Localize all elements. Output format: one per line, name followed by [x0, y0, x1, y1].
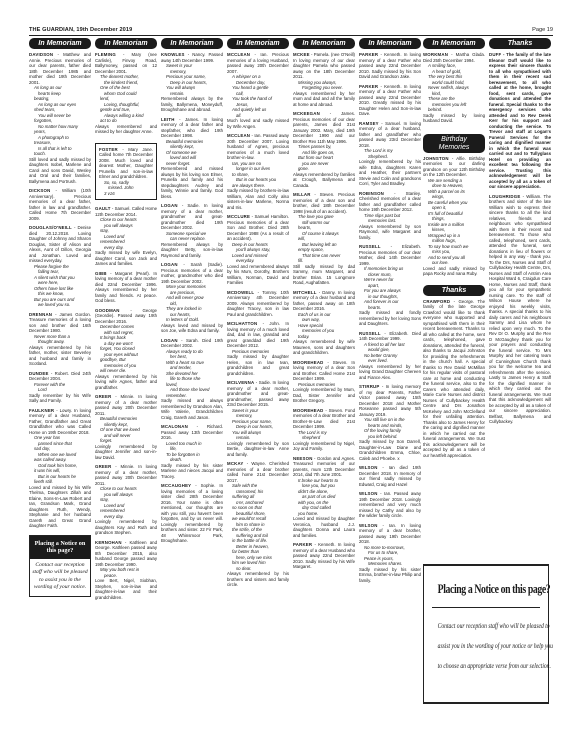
placing-notice-body: Contact our reception staff who will be …: [30, 559, 90, 596]
notice-closing: Much loved and sadly missed by Wife Ange…: [227, 118, 289, 129]
notice: FLEMING - Mary (nee Carlisle), Finvoy Ro…: [95, 52, 157, 135]
page-number: Page 19: [532, 27, 553, 33]
notice-text: LOGAN - Sadie. In loving memory of a dea…: [161, 203, 223, 231]
notice: NEESON - Gordon and Agnes. Treasured mem…: [293, 456, 355, 539]
notice-name: WILSON: [359, 491, 378, 496]
notice-text: FAULKNER - Lowry. In loving memory of a …: [29, 408, 91, 436]
notice-body: - The family of the late Eleanor Duff wo…: [489, 52, 551, 189]
placing-notice-line-3: to choose an appropriate verse from our …: [438, 656, 535, 676]
notice: MOOREHEAD - Steven. Fond memories of a d…: [293, 408, 355, 452]
notice-body: - Denise died 20.12.2018. Loving Daughte…: [29, 225, 91, 263]
notice-verse: Safe with theransomed, hissuffering allo…: [227, 483, 289, 571]
notice-closing: Always remembered by her loving Grand Da…: [359, 364, 421, 381]
notice: DAVIDSON - Matthew and Annie. Precious m…: [29, 52, 91, 184]
notice-text: CRAWFORD - George. The family of the lat…: [423, 299, 485, 459]
notice-text: MCCLURE - Samuel Hamilton. Precious memo…: [227, 214, 289, 242]
notice: LOGAN - Sadie. In loving memory of a dea…: [161, 203, 223, 258]
notice-name: FOSTER: [99, 147, 118, 152]
notice-closing: Sadly missed by his sister Marlene and n…: [161, 463, 223, 480]
placing-notice-ad: Placing a Notice on this page? Contact o…: [423, 564, 549, 704]
notice-text: MILLAR - Steven. Precious memories of a …: [293, 192, 355, 214]
notice-text: GAULT - Samuel. Called Home 12th Decembe…: [95, 206, 157, 217]
notice-text: WILSON - Ian died 19th December 2018. In…: [359, 465, 421, 487]
column-7: In MemoriamWORKMAN - Martha Glada. Died …: [423, 38, 485, 462]
notice-text: MCALONAN - Richard. Passed away 13th Dec…: [161, 424, 223, 441]
notice-text: KNOWLES - Nancy. Passed away 14th Decemb…: [161, 52, 223, 63]
notice: MCALONAN - Richard. Passed away 13th Dec…: [161, 424, 223, 479]
notice-closing: Lovingly remembered by Nigel, Joy and Fa…: [293, 441, 355, 452]
notice-verse: Close to our heartsyou will alwaysstay,L…: [95, 486, 157, 519]
notice: MOOREHEAD - Steven. In loving memory of …: [293, 360, 355, 404]
notice-text: GIBB - Margaret (Pearl). In loving memor…: [95, 271, 157, 304]
notice-verse: Loved too much inlife,To be forgotten in…: [161, 441, 223, 463]
notice-verse: Missing you always,Forgetting you never.: [293, 80, 355, 91]
notice: LEITH - James. In loving memory of a dea…: [161, 117, 223, 200]
notice-closing: Sadly missed and always remembered by Gr…: [161, 398, 223, 420]
notice-closing: Always remembered by families at Crough,…: [293, 172, 355, 189]
notice: ROBINSON - Stanley. Cherished memories o…: [359, 191, 421, 241]
in-memoriam-header: In Memoriam: [95, 38, 157, 49]
notice-text: MCCAUGHEY - Sophie. In loving memories o…: [161, 483, 223, 544]
notice-text: DRENNAN - James Gordon. Treasure memorie…: [29, 312, 91, 334]
notice: DICKSON - William (10th Anniversary). Pr…: [29, 188, 91, 221]
notice-text: PARKER - Kenneth. In loving memory of a …: [293, 542, 355, 570]
notice-closing: Lovingly remembered by his wife Edna, da…: [359, 159, 421, 187]
notice-verse: Forever with theLord: [29, 382, 91, 393]
thanks-header: Thanks: [423, 285, 485, 296]
notice: RUSSELL - Elizabeth. Died 14th December …: [359, 331, 421, 381]
notice-name: MCKAY: [227, 461, 244, 466]
notice-name: KNOWLES: [161, 52, 185, 57]
notice-body: - William. The brothers and sister of th…: [489, 194, 551, 425]
notice-name: WILSON: [359, 465, 378, 470]
notice-name: LOUGHRIDGE: [489, 194, 520, 199]
notice: MCCAUGHEY - Sophie. In loving memories o…: [161, 483, 223, 544]
notice-closing: Sadly missed and fondly remembered by he…: [359, 310, 421, 327]
placing-notice-line-1: Contact our reception staff who will be …: [438, 616, 535, 636]
notice: DOUGLAS/O'NEILL - Denise died 20.12.2018…: [29, 225, 91, 308]
notice-name: NEESON: [293, 456, 313, 461]
notice-name: LOGAN: [161, 203, 178, 208]
notice-body: - James. Precious memories of our dear p…: [293, 111, 355, 144]
notice: GOODMAN - George (Geordie). Passed away …: [95, 308, 157, 391]
birthday-header-line-2: Memories: [423, 144, 485, 152]
notice-text: MITCHELL - Danny. In loving memory of a …: [293, 290, 355, 312]
notice-closing: Always remembered by his father, mother,…: [29, 345, 91, 367]
notice: LOGAN - Sarah. Died 19th December 2002.A…: [161, 338, 223, 421]
notice-verse: The Lord is myShepherd.: [359, 148, 421, 159]
notice-text: MCKEE - Pamela. (nee O'Neill) In loving …: [293, 52, 355, 80]
notice: MCKAY - Wayne. Cherished memories of a d…: [227, 461, 289, 588]
notice: WILSON - Ian died 19th December 2018. In…: [359, 465, 421, 487]
notice-name: LEITH: [161, 117, 175, 122]
notice-text: ROBINSON - Stanley. Cherished memories o…: [359, 191, 421, 213]
notice: PARKER - Kenneth. In loving memory of a …: [359, 84, 421, 117]
notice-name: ROBINSON: [359, 191, 384, 196]
notice-name: STIRRUP: [359, 384, 379, 389]
notice-verse: So, so, sadlymissed. John3 v16: [99, 180, 153, 197]
notice-body: - Sophie. In loving memories of a loving…: [161, 483, 223, 543]
notice-name: MCDOWELL: [227, 290, 254, 295]
notice-verse: Never more than athought away.: [29, 334, 91, 345]
notice-verse: Beautiful memoriessilently kept,Of someo…: [161, 139, 223, 167]
notice-name: MCKEEGAN: [293, 111, 320, 116]
in-memoriam-header: In Memoriam: [423, 38, 485, 49]
notice-text: NEESON - Gordon and Agnes. Treasured mem…: [293, 456, 355, 478]
notice-verse: The Lord is myshepherd: [293, 430, 355, 441]
notice-closing: Sadly missed by brothers-in-law William,…: [227, 188, 289, 210]
notice-name: GREER: [95, 394, 111, 399]
notice-text: GREER - Minnie. In loving memory of a de…: [95, 394, 157, 416]
notice: PARKER - Kenneth. In loving memory of a …: [293, 542, 355, 570]
notice-verse: Close to our heartsyou will alwaysstay,L…: [95, 217, 157, 250]
notice-name: DAVIDSON: [29, 52, 53, 57]
notice-closing: Sadly missed by daughter Helen, son in l…: [227, 354, 289, 376]
notice-closing: Always remembered by his loving wife Agn…: [95, 374, 157, 391]
notice-text: MCILHATTON - John. In loving memory of a…: [227, 321, 289, 349]
notice-body: - Margaret (Pearl). In loving memory of …: [95, 271, 157, 304]
notice-text: FOSTER - Mary Jane. Called home 7th Dece…: [99, 147, 153, 180]
column-3: In MemoriamKNOWLES - Nancy. Passed away …: [161, 38, 223, 548]
column-6: In MemoriamPARKER - Kenneth. In loving m…: [359, 38, 421, 587]
notice: MCKEEGAN - James. Precious memories of o…: [293, 111, 355, 188]
notice-verse: Times passes by,And life goes on,But fro…: [293, 144, 355, 172]
notice-closing: Loved and missed by daughter Veronica, h…: [293, 516, 355, 538]
notice-name: GREER: [95, 464, 111, 469]
notice-verse: As long as ourhearts keepbeating,As long…: [29, 85, 91, 157]
notice: LOGAN - Sarah (Sadie). Precious memories…: [161, 262, 223, 334]
notice-name: JOHNSTON: [423, 156, 449, 161]
notice-verse: Someone special wecan never replace.: [161, 231, 223, 242]
notice: KERNOHAN - Kathleen and George. Kathleen…: [95, 540, 157, 601]
notice-closing: Loved and sadly missed by papa Rocky and…: [423, 266, 485, 277]
notice-text: JOHNSTON - Alfie. Birthday memories to o…: [423, 156, 485, 178]
notice-closing: Lovingly remembered by Mum, Dad, Sister …: [293, 387, 355, 404]
in-memoriam-header: In Memoriam: [359, 38, 421, 49]
notice-text: MOOREHEAD - Steven. In loving memory of …: [293, 360, 355, 382]
notice: GAULT - Samuel. Called Home 12th Decembe…: [95, 206, 157, 267]
notice-verse: Time slips past butmemories last.: [359, 213, 421, 224]
notice-closing: Always remembered by his brothers and si…: [227, 571, 289, 588]
notice-closing: Sadly missed by his sister Emma, brother…: [359, 567, 421, 584]
notice-text: WILSON - Ian. In loving memory of a dear…: [359, 523, 421, 545]
notice-closing: Always remembered and missed by her daug…: [95, 124, 157, 135]
notice: GIBB - Margaret (Pearl). In loving memor…: [95, 271, 157, 304]
notice: FAULKNER - Lowry. In loving memory of a …: [29, 408, 91, 529]
notice-name: KERNOHAN: [95, 540, 122, 545]
notice-text: LOGAN - Sarah. Died 19th December 2002.: [161, 338, 223, 349]
notice-name: MCILVENNA: [227, 380, 254, 385]
notice-closing: Sadly missed by Son Darrell, Daughter-in…: [359, 439, 421, 461]
notice: MITCHELL - Danny. In loving memory of a …: [293, 290, 355, 356]
notice: MCCLURE - Samuel Hamilton. Precious memo…: [227, 214, 289, 286]
notice-closing: Lovingly remembered by daughters Kay and…: [95, 519, 157, 536]
notice-verse: We are sending adove to Heaven,With a pa…: [423, 178, 485, 266]
notice-text: MCCLEAN - Ian. Precious memories of a lo…: [227, 52, 289, 74]
notice-name: MCCLURE: [227, 214, 250, 219]
notice-text: PARKER - Kenneth. In loving memory of a …: [359, 84, 421, 117]
notice: GREER - Minnie. In loving memory of a de…: [95, 394, 157, 460]
placing-notice-line-2: assist you in the wording of your notice…: [438, 636, 535, 656]
notice-name: GOODMAN: [95, 308, 120, 313]
notice-name: MCCAUGHEY: [161, 483, 191, 488]
notice-verse: December comeswith sad regret,It brings …: [95, 324, 157, 374]
column-5: In MemoriamMCKEE - Pamela. (nee O'Neill)…: [293, 38, 355, 574]
notice: LOUGHRIDGE - William. The brothers and s…: [489, 194, 551, 425]
notice-closing: Sadly missed by loving husband David.: [423, 113, 485, 124]
notice-text: RUSSELL - Elizabeth. Precious memories o…: [359, 244, 421, 266]
notice-text: WILSON - Ian. Passed away 19th December …: [359, 491, 421, 519]
notice-verse: May you both rest inpeace.: [95, 567, 157, 578]
notice-name: PARKER: [359, 84, 378, 89]
notice-verse: Deep in our heartsyou'll always stay,Lov…: [227, 242, 289, 264]
notice-verse: One year haspassed since thatsad day,Whe…: [29, 435, 91, 485]
verse-line: we loved you so.: [34, 302, 91, 308]
notice-name: CRAWFORD: [423, 299, 450, 304]
notice-text: MCKEEGAN - James. Precious memories of o…: [293, 111, 355, 144]
notice-text: DUNDEE - Robert. Died 24th December 2004…: [29, 371, 91, 382]
notice-name: MILLAR: [293, 192, 311, 197]
notice-name: WORKMAN: [423, 52, 448, 57]
notice-text: RUSSELL - Elizabeth. Died 14th December …: [359, 331, 421, 342]
notice-name: MCCLEAN: [227, 133, 250, 138]
notice-verse: The dearest mother,the kindest friend,On…: [95, 74, 157, 124]
notice-name: PARKER: [293, 542, 312, 547]
notice-verse: The love you gavestill warms ourhearts,O…: [293, 214, 355, 264]
notice: KNOWLES - Nancy. Passed away 14th Decemb…: [161, 52, 223, 113]
notice-name: MCILHATTON: [227, 321, 257, 326]
column-2: In MemoriamFLEMING - Mary (nee Carlisle)…: [95, 38, 157, 604]
notice-name: DUFF: [489, 52, 501, 57]
notice: JOHNSTON - Alfie. Birthday memories to o…: [423, 156, 485, 277]
placing-notice-box: Placing a Notice on this page?Contact ou…: [29, 535, 91, 597]
notice-text: DICKSON - William (10th Anniversary). Pr…: [29, 188, 91, 221]
placing-notice-title: Placing a Notice on this page?: [438, 582, 535, 597]
notice-text: MOOREHEAD - Steven. Fond memories of a d…: [293, 408, 355, 430]
notice-closing: Always remembered by son Raymond, wife M…: [359, 224, 421, 241]
notice: MCILVENNA - Sadie. In loving memory of a…: [227, 380, 289, 457]
notice-name: MOOREHEAD: [293, 408, 324, 413]
notice-verse: A whisper on aDecember day,You heard a g…: [227, 74, 289, 118]
notice-verse: Sweet is yourmemory,Precious your name,D…: [161, 63, 223, 96]
notice-text: GOODMAN - George (Geordie). Passed away …: [95, 308, 157, 325]
notice-text: KERNOHAN - Kathleen and George. Kathleen…: [95, 540, 157, 568]
notice-text: PARKER - Kenneth. In loving memory of a …: [359, 52, 421, 80]
notice-name: MCCLEAN: [227, 52, 250, 57]
notice-closing: Still loved and sadly missed by daughter…: [29, 157, 91, 185]
notice: WORKMAN - Martha Glada. Died 25th Decemb…: [423, 52, 485, 124]
notice-text: DOUGLAS/O'NEILL - Denise died 20.12.2018…: [29, 225, 91, 264]
notice-name: FLEMING: [95, 52, 116, 57]
notice: GREER - Minnie. In loving memory of a de…: [95, 464, 157, 536]
notice: RUSSELL - Elizabeth. Precious memories o…: [359, 244, 421, 327]
divider: [432, 607, 540, 608]
notice-closing: Always loved and missed by son Joe, wife…: [161, 323, 223, 334]
notice-name: PARKER: [359, 52, 378, 57]
notice-verse: If memories bring uscloser mum,We're nev…: [359, 266, 421, 310]
notice-name: DUNDEE: [29, 371, 49, 376]
placing-notice-title: Placing a Notice on this page?: [30, 536, 90, 559]
in-memoriam-header: In Memoriam: [161, 38, 223, 49]
notice-text: DUFF - The family of the late Eleanor Du…: [489, 52, 551, 190]
notice: DUNDEE - Robert. Died 24th December 2004…: [29, 371, 91, 404]
column-4: In MemoriamMCCLEAN - Ian. Precious memor…: [227, 38, 289, 592]
notice-name: DOUGLAS/O'NEILL: [29, 225, 72, 230]
notice-name: GIBB: [95, 271, 107, 276]
notice-closing: Always remembered by her mum and dad and…: [293, 91, 355, 108]
notice-name: MOOREHEAD: [293, 360, 324, 365]
notice: MCCLEAN - Ian. Passed away 20th December…: [227, 133, 289, 210]
notice-closing: Sadly remember by his Wife Sally and Fam…: [29, 393, 91, 404]
notice: DRENNAN - James Gordon. Treasure memorie…: [29, 312, 91, 367]
notice: WILSON - Ian. In loving memory of a dear…: [359, 523, 421, 584]
birthday-memories-header: BirthdayMemories: [423, 134, 485, 153]
notice: PARKER - Kenneth. In loving memory of a …: [359, 52, 421, 80]
notice-name: DICKSON: [29, 188, 50, 193]
notice-name: RUSSELL: [359, 244, 381, 249]
notice: FOSTER - Mary Jane. Called home 7th Dece…: [95, 143, 157, 201]
notice-verse: Sweet is yourmemory,Precious your name,D…: [227, 408, 289, 441]
notice-closing: Remembered always by the family, Ballyme…: [161, 96, 223, 113]
notice-closing: Remembered always by daughter Betty, son…: [161, 242, 223, 259]
notice-body: - Kenneth. In loving memory of a dear Fa…: [359, 84, 421, 117]
notice-closing: Love Bert, Nigel, Siobhan, Stephen, son-…: [95, 578, 157, 600]
notice-closing: Loved and missed by his Wife Thelma, Dau…: [29, 485, 91, 529]
notice-verse: Always ready to doher best,With a heart …: [161, 349, 223, 399]
notice-closing: Lovingly remembered by son Bertie, daugh…: [227, 441, 289, 458]
column-1: In MemoriamDAVIDSON - Matthew and Annie.…: [29, 38, 91, 597]
notice-name: WILSON: [359, 523, 378, 528]
verse-line: 3 v16: [104, 191, 153, 197]
notice-text: LOGAN - Sarah (Sadie). Precious memories…: [161, 262, 223, 284]
notice-text: LEITH - James. In loving memory of a dea…: [161, 117, 223, 139]
notice-name: DRENNAN: [29, 312, 52, 317]
notice: MCDOWELL - Tommy. 10th Anniversary 4th D…: [227, 290, 289, 318]
notice: MCCLEAN - Ian. Precious memories of a lo…: [227, 52, 289, 129]
notice-closing: Always remembered by wife Maureen, sons …: [293, 339, 355, 356]
notice-text: MCKAY - Wayne. Cherished memories of a d…: [227, 461, 289, 483]
notice-verse: Please forgive thefalling tear,A silent …: [29, 264, 91, 308]
notice: MCKEE - Pamela. (nee O'Neill) In loving …: [293, 52, 355, 107]
notice-closing: Loved and remembered always by his Mum, …: [227, 264, 289, 286]
notice-verse: A friend to all her lastwould give,No be…: [359, 342, 421, 364]
notice-name: RAMSEY: [359, 121, 379, 126]
in-memoriam-header: In Memoriam: [293, 38, 355, 49]
notice-verse: You still live on in thehearts and minds…: [359, 417, 421, 439]
notice-verse: Ian, you are nolonger in our livesto sha…: [227, 161, 289, 189]
notice: MCILHATTON - John. In loving memory of a…: [227, 321, 289, 376]
notice: STIRRUP - In loving memory of my dear Pa…: [359, 384, 421, 461]
notice-closing: Remembered and missed always by his lovi…: [161, 166, 223, 199]
notice-closing: Sadly missed by wife Evelyn, daughter Ca…: [95, 250, 157, 267]
notice-text: MCILVENNA - Sadie. In loving memory of a…: [227, 380, 289, 408]
masthead-rule: [29, 35, 553, 36]
birthday-header-line-1: Birthday: [423, 136, 485, 144]
notice-name: MCALONAN: [161, 424, 188, 429]
notice-body: - Mary Jane. Called home 7th December 20…: [99, 147, 153, 180]
notice-name: LOGAN: [161, 338, 178, 343]
notice-closing: Lovingly remembered by daughter Jennifer…: [95, 444, 157, 461]
notice-text: WORKMAN - Martha Glada. Died 25th Decemb…: [423, 52, 485, 63]
notice-verse: Each of us in ourown way,Have specialmem…: [293, 312, 355, 340]
notice: MILLAR - Steven. Precious memories of a …: [293, 192, 355, 286]
notice-closing: Still sadly missed by dad Sammy, mum Mar…: [293, 264, 355, 286]
notice-text: FLEMING - Mary (nee Carlisle), Finvoy Ro…: [95, 52, 157, 74]
in-memoriam-header: In Memoriam: [227, 38, 289, 49]
notice-name: FAULKNER: [29, 408, 54, 413]
thanks-header: Thanks: [489, 38, 551, 49]
notice-name: GAULT: [95, 206, 111, 211]
notice-text: STIRRUP - In loving memory of my dear Pa…: [359, 384, 421, 417]
notice-body: - George. The family of the late George …: [423, 299, 485, 458]
notice-name: LOGAN: [161, 262, 178, 267]
notice: WILSON - Ian. Passed away 19th December …: [359, 491, 421, 519]
notice: CRAWFORD - George. The family of the lat…: [423, 299, 485, 459]
notice-text: LOUGHRIDGE - William. The brothers and s…: [489, 194, 551, 425]
notice-verse: No more to-morrows,For us to share,Peace…: [359, 545, 421, 567]
notice: RAMSEY - Samuel. In loving memory of a d…: [359, 121, 421, 187]
notice: DUFF - The family of the late Eleanor Du…: [489, 52, 551, 190]
notice-verse: A smiling face,A heart of gold,The very …: [423, 63, 485, 113]
column-8: ThanksDUFF - The family of the late Elea…: [489, 38, 551, 429]
notice-text: MCCLEAN - Ian. Passed away 20th December…: [227, 133, 289, 161]
notice-name: MCKEE: [293, 52, 310, 57]
notice-text: GREER - Minnie. In loving memory of a de…: [95, 464, 157, 486]
notice-body: - William (10th Anniversary). Precious m…: [29, 188, 91, 221]
publication-title: THE GUARDIAN, 19th December 2019: [29, 27, 132, 33]
notice-verse: More your memoriesare precious,And will …: [161, 284, 223, 323]
notice-body: - Matthew and Annie. Precious memories o…: [29, 52, 91, 85]
in-memoriam-header: In Memoriam: [29, 38, 91, 49]
notice-verse: Beautiful memoriessilently kept,Of one t…: [95, 416, 157, 444]
notice-text: DAVIDSON - Matthew and Annie. Precious m…: [29, 52, 91, 85]
notice-verse: It broke our hearts tolose you, but youd…: [293, 478, 355, 517]
notice-body: - In loving memory of my dear Parents, F…: [359, 384, 421, 417]
notice-name: RUSSELL: [359, 331, 381, 336]
notice-name: MITCHELL: [293, 290, 317, 295]
notice-text: MCDOWELL - Tommy. 10th Anniversary 4th D…: [227, 290, 289, 318]
notice-text: RAMSEY - Samuel. In loving memory of a d…: [359, 121, 421, 149]
